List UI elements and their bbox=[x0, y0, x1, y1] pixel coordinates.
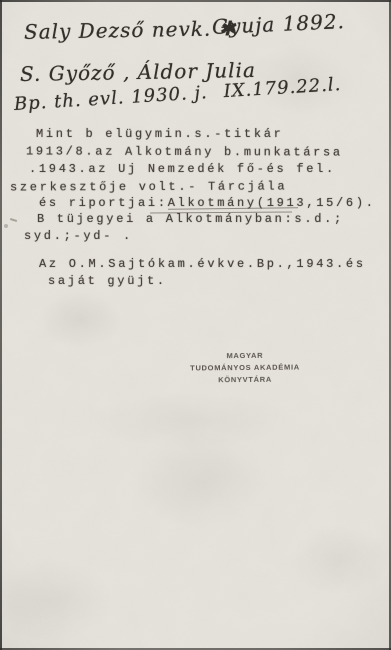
typed-bio-line: szerkesztője volt.- Tárcjála bbox=[10, 181, 287, 195]
typed-bio-line: B tüjegyei a Alkotmányban:s.d.; bbox=[37, 213, 344, 226]
handwritten-name-line: Saly Dezső nevk. ✱ bbox=[24, 16, 237, 44]
scan-edge-top bbox=[0, 0, 391, 2]
typed-source-line: saját gyüjt. bbox=[48, 275, 167, 288]
catalog-card: Saly Dezső nevk. ✱ Gyuja 1892. S. Győző … bbox=[0, 0, 391, 650]
reference-gap bbox=[208, 97, 224, 98]
typed-bio-line: syd.;-yd- . bbox=[24, 230, 133, 243]
ink-smudge bbox=[4, 224, 8, 228]
typed-source-line: Az O.M.Sajtókam.évkve.Bp.,1943.és bbox=[39, 258, 366, 271]
stamp-line: TUDOMÁNYOS AKADÉMIA bbox=[185, 361, 305, 374]
typed-bio-line: .1943.az Uj Nemzedék fő-és fel. bbox=[29, 163, 336, 176]
typed-bio-line: és riportjai:Alkotmány(1913,15/6). bbox=[39, 197, 376, 210]
typed-bio-line: Mint b elügymin.s.-titkár bbox=[36, 128, 284, 141]
stamp-line: MAGYAR bbox=[185, 349, 305, 362]
ink-smudge bbox=[10, 218, 17, 222]
handwritten-reference-left: Bp. th. evl. 1930. j. bbox=[13, 82, 208, 115]
handwritten-birth-date: Gyuja 1892. bbox=[212, 9, 346, 39]
typed-bio-line: 1913/8.az Alkotmány b.munkatársa bbox=[26, 145, 343, 159]
scan-edge-left bbox=[0, 0, 2, 650]
library-stamp: MAGYAR TUDOMÁNYOS AKADÉMIA KÖNYVTÁRA bbox=[185, 349, 305, 386]
stamp-line: KÖNYVTÁRA bbox=[185, 373, 305, 386]
